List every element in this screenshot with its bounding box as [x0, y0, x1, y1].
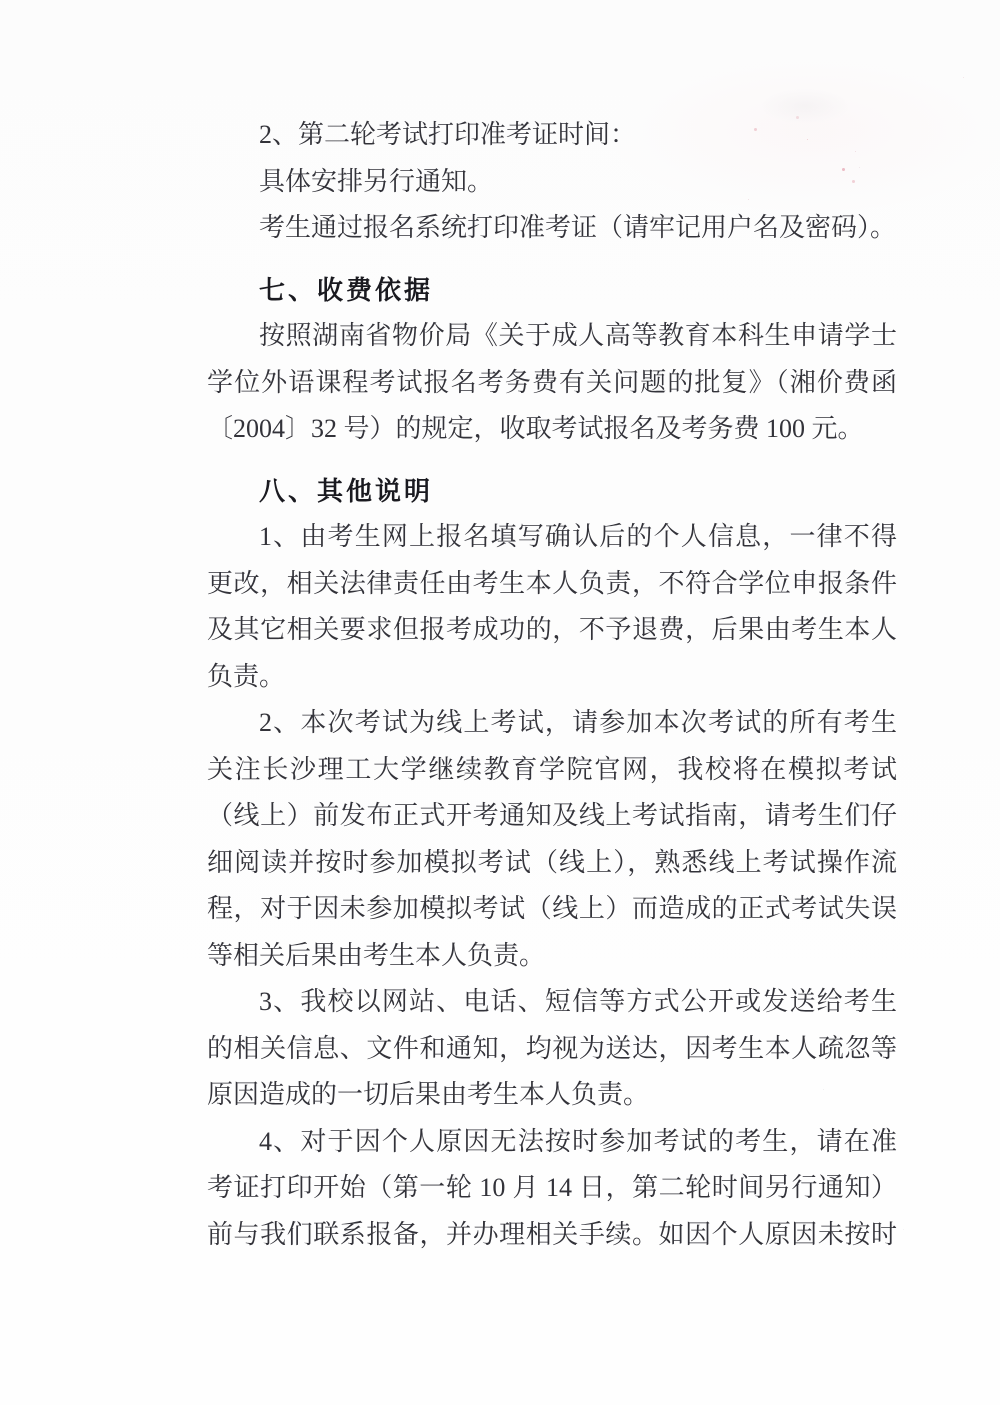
text-line: （线上）前发布正式开考通知及线上考试指南，请考生们仔 [207, 793, 897, 840]
paragraph: 3、我校以网站、电话、短信等方式公开或发送给考生的相关信息、文件和通知，均视为送… [207, 979, 897, 1119]
text-line: 程，对于因未参加模拟考试（线上）而造成的正式考试失误 [207, 886, 897, 933]
text-line: 前与我们联系报备，并办理相关手续。如因个人原因未按时 [207, 1212, 897, 1259]
text-line: 4、对于因个人原因无法按时参加考试的考生，请在准 [207, 1119, 897, 1166]
text-line: 〔2004〕32 号）的规定，收取考试报名及考务费 100 元。 [207, 406, 897, 453]
text-line: 负责。 [207, 654, 897, 701]
paragraph: 按照湖南省物价局《关于成人高等教育本科生申请学士学位外语课程考试报名考务费有关问… [207, 313, 897, 453]
text-line: 原因造成的一切后果由考生本人负责。 [207, 1072, 897, 1119]
text-line: 2、第二轮考试打印准考证时间： [207, 112, 897, 159]
scanned-page: 2、第二轮考试打印准考证时间：具体安排另行通知。考生通过报名系统打印准考证（请牢… [0, 0, 1000, 1405]
section-heading: 七、收费依据 [207, 267, 897, 314]
text-line: 及其它相关要求但报考成功的，不予退费，后果由考生本人 [207, 607, 897, 654]
heading-line: 七、收费依据 [207, 267, 897, 314]
section-heading: 八、其他说明 [207, 468, 897, 515]
text-line: 等相关后果由考生本人负责。 [207, 933, 897, 980]
text-line: 考生通过报名系统打印准考证（请牢记用户名及密码）。 [207, 205, 897, 252]
text-line: 关注长沙理工大学继续教育学院官网，我校将在模拟考试 [207, 747, 897, 794]
paragraph: 2、本次考试为线上考试，请参加本次考试的所有考生关注长沙理工大学继续教育学院官网… [207, 700, 897, 979]
text-line: 学位外语课程考试报名考务费有关问题的批复》（湘价费函 [207, 360, 897, 407]
paragraph: 1、由考生网上报名填写确认后的个人信息，一律不得更改，相关法律责任由考生本人负责… [207, 514, 897, 700]
paragraph: 4、对于因个人原因无法按时参加考试的考生，请在准考证打印开始（第一轮 10 月 … [207, 1119, 897, 1259]
text-line: 3、我校以网站、电话、短信等方式公开或发送给考生 [207, 979, 897, 1026]
text-line: 考证打印开始（第一轮 10 月 14 日，第二轮时间另行通知） [207, 1165, 897, 1212]
text-line: 的相关信息、文件和通知，均视为送达，因考生本人疏忽等 [207, 1026, 897, 1073]
text-line: 更改，相关法律责任由考生本人负责，不符合学位申报条件 [207, 561, 897, 608]
text-line: 按照湖南省物价局《关于成人高等教育本科生申请学士 [207, 313, 897, 360]
text-line: 细阅读并按时参加模拟考试（线上），熟悉线上考试操作流 [207, 840, 897, 887]
document-body: 2、第二轮考试打印准考证时间：具体安排另行通知。考生通过报名系统打印准考证（请牢… [207, 112, 897, 1258]
text-line: 1、由考生网上报名填写确认后的个人信息，一律不得 [207, 514, 897, 561]
heading-line: 八、其他说明 [207, 468, 897, 515]
paragraph: 2、第二轮考试打印准考证时间： [207, 112, 897, 159]
text-line: 2、本次考试为线上考试，请参加本次考试的所有考生 [207, 700, 897, 747]
paragraph: 具体安排另行通知。 [207, 159, 897, 206]
paragraph: 考生通过报名系统打印准考证（请牢记用户名及密码）。 [207, 205, 897, 252]
text-line: 具体安排另行通知。 [207, 159, 897, 206]
